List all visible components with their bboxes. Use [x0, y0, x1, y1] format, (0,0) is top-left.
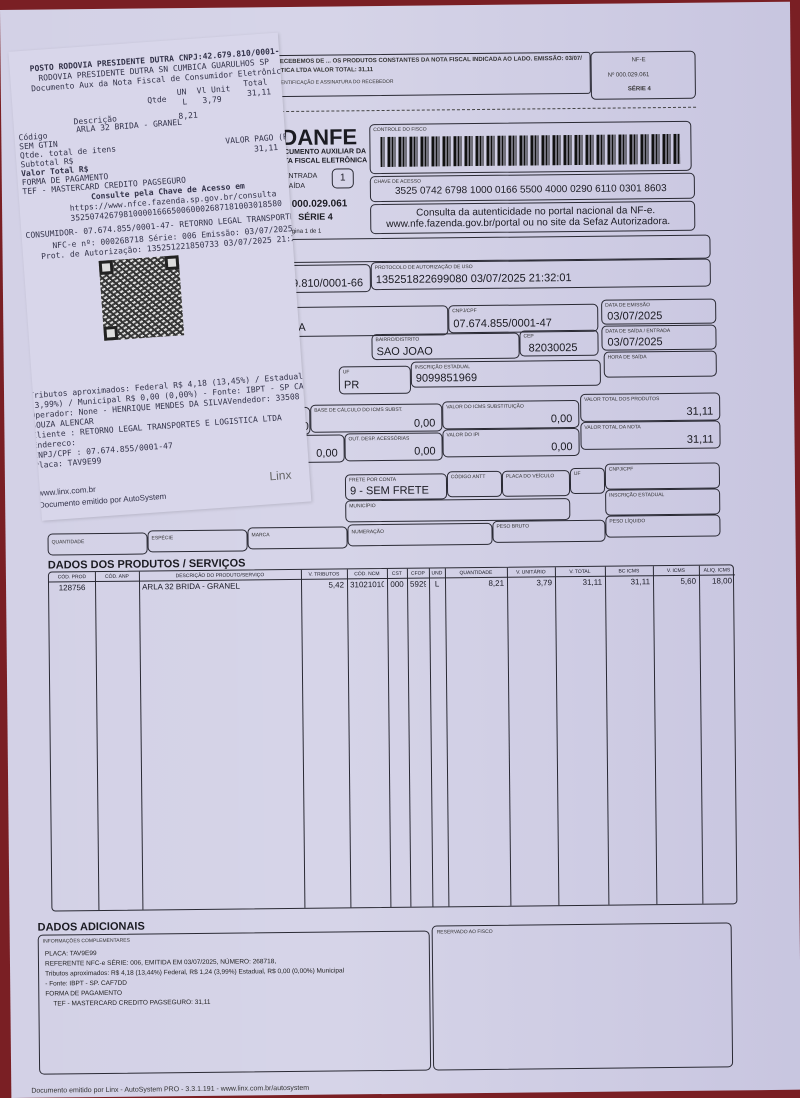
table-cell: 5,60: [656, 577, 696, 586]
exit-date: 03/07/2025: [607, 336, 662, 349]
recipient-cnpj-box: CNPJ/CPF 07.674.855/0001-47: [448, 304, 598, 334]
column-header: V. TOTAL: [555, 567, 605, 578]
qty-label: QUANTIDADE: [52, 539, 85, 545]
consult-text-2[interactable]: www.nfe.fazenda.gov.br/portal ou no site…: [386, 216, 670, 230]
stub-text-2: ...TICA LTDA VALOR TOTAL: 31,11: [276, 67, 374, 74]
cut-line: [271, 107, 696, 112]
danfe-sheet: RECEBEMOS DE ... OS PRODUTOS CONSTANTES …: [0, 2, 800, 1098]
freight-label: FRETE POR CONTA: [349, 477, 396, 483]
bc-st-box: BASE DE CÁLCULO DO ICMS SUBST. 0,00: [310, 403, 442, 432]
stub-nfe-number: Nº 000.029.061: [608, 72, 650, 78]
column-divider: [445, 568, 450, 906]
linx-logo: Linx: [269, 471, 292, 482]
ie: 9099851969: [416, 372, 477, 385]
total-products-label: VALOR TOTAL DOS PRODUTOS: [584, 396, 659, 403]
emission-date-box: DATA DE EMISSÃO 03/07/2025: [601, 299, 716, 325]
icms-st-box: VALOR DO ICMS SUBSTITUIÇÃO 0,00: [442, 400, 579, 429]
column-divider: [139, 572, 144, 910]
ipi: 0,00: [551, 441, 573, 453]
column-header: QUANTIDADE: [445, 568, 507, 579]
table-cell: 31021010: [350, 580, 384, 589]
district: SAO JOAO: [377, 345, 433, 358]
cep-label: CEP: [523, 333, 533, 339]
barcode: [380, 134, 680, 167]
uf: PR: [344, 379, 359, 391]
column-divider: [407, 569, 412, 907]
transport-uf-label: UF: [574, 471, 581, 477]
transport-ie-label: INSCRIÇÃO ESTADUAL: [609, 492, 664, 499]
column-header: V. UNITÁRIO: [507, 567, 555, 578]
column-header: CÓD. NCM: [347, 569, 387, 579]
col-qty: Qtde: [147, 95, 167, 106]
nfe-label: NF-e: [632, 57, 646, 63]
total-products: 31,11: [686, 406, 713, 418]
qr-code[interactable]: [99, 255, 185, 341]
protocol-label: PROTOCOLO DE AUTORIZAÇÃO DE USO: [375, 264, 473, 271]
brand-box: MARCA: [247, 526, 347, 549]
plate-label: PLACA DO VEÍCULO: [506, 473, 554, 480]
bc-st-label: BASE DE CÁLCULO DO ICMS SUBST.: [314, 407, 402, 414]
barcode-box: CONTROLE DO FISCO: [369, 121, 692, 174]
table-cell: 000: [390, 580, 404, 589]
transport-uf-box: UF: [570, 468, 605, 494]
total-note-label: VALOR TOTAL DA NOTA: [584, 424, 640, 431]
column-divider: [653, 566, 658, 904]
column-divider: [387, 569, 392, 907]
recipient-name-box: LTDA: [273, 305, 448, 337]
table-cell: 31,11: [608, 577, 650, 586]
exit-time-box: HORA DE SAÍDA: [604, 351, 717, 378]
uf-label: UF: [343, 369, 350, 375]
transport-cnpj-box: CNPJ/CPF: [605, 462, 720, 489]
column-divider: [507, 568, 512, 906]
transport-ie-box: INSCRIÇÃO ESTADUAL: [605, 488, 720, 515]
species-box: ESPÉCIE: [147, 529, 247, 552]
table-cell: 5,42: [304, 580, 344, 589]
other-box: OUT. DESP. ACESSÓRIAS 0,00: [344, 432, 442, 461]
column-header: BC ICMS: [605, 566, 653, 577]
stub-box: RECEBEMOS DE ... OS PRODUTOS CONSTANTES …: [270, 52, 590, 97]
qty-box: QUANTIDADE: [47, 532, 147, 555]
column-divider: [555, 567, 560, 905]
emission-date: 03/07/2025: [607, 310, 662, 323]
ie-box: INSCRIÇÃO ESTADUAL 9099851969: [411, 360, 601, 388]
city-box: MUNICÍPIO: [345, 498, 570, 522]
column-divider: [429, 569, 434, 907]
ie-label: INSCRIÇÃO ESTADUAL: [415, 364, 470, 371]
exit-date-box: DATA DE SAÍDA / ENTRADA 03/07/2025: [601, 325, 716, 351]
footer-text: Documento emitido por Linx - AutoSystem …: [31, 1085, 309, 1095]
gross-label: PESO BRUTO: [496, 523, 529, 529]
district-label: BAIRRO/DISTRITO: [375, 337, 419, 343]
total-note: 31,11: [687, 434, 714, 446]
uf-box: UF PR: [339, 366, 411, 395]
other-label: OUT. DESP. ACESSÓRIAS: [348, 436, 409, 443]
danfe-subtitle-1: DOCUMENTO AUXILIAR DA: [273, 148, 366, 156]
total-products-box: VALOR TOTAL DOS PRODUTOS 31,11: [580, 392, 720, 421]
species-label: ESPÉCIE: [152, 535, 174, 541]
column-header: DESCRIÇÃO DO PRODUTO/SERVIÇO: [139, 570, 301, 582]
protocol-box: PROTOCOLO DE AUTORIZAÇÃO DE USO 13525182…: [371, 259, 711, 291]
icms-st-label: VALOR DO ICMS SUBSTITUIÇÃO: [446, 404, 524, 411]
item-total: 31,11: [247, 87, 272, 98]
column-header: UND: [429, 568, 445, 578]
freight-box: FRETE POR CONTA 9 - SEM FRETE: [345, 473, 447, 500]
item-vl-unit: 3,79: [202, 95, 222, 106]
column-header: CFOP: [407, 569, 429, 579]
table-cell: ARLA 32 BRIDA - GRANEL: [142, 581, 298, 592]
discount: 0,00: [316, 447, 338, 459]
other: 0,00: [414, 445, 436, 457]
column-header: CÓD. PROD: [49, 572, 95, 582]
column-divider: [699, 566, 704, 904]
time-label: HORA DE SAÍDA: [608, 354, 647, 360]
item-un: L: [182, 97, 187, 107]
table-cell: 5929: [410, 580, 426, 589]
table-cell: 3,79: [510, 578, 552, 587]
cep: 82030025: [529, 342, 578, 355]
cep-box: CEP 82030025: [519, 330, 598, 357]
total-note-box: VALOR TOTAL DA NOTA 31,11: [580, 420, 720, 449]
brand-label: MARCA: [251, 532, 269, 538]
recipient-cnpj: 07.674.855/0001-47: [453, 317, 552, 330]
table-cell: 128756: [52, 583, 92, 592]
column-header: CÓD. ANP: [95, 572, 139, 582]
column-divider: [95, 572, 100, 910]
antt-label: CÓDIGO ANTT: [451, 474, 486, 480]
freight: 9 - SEM FRETE: [350, 485, 429, 498]
district-box: BAIRRO/DISTRITO SAO JOAO: [371, 333, 519, 361]
net-box: PESO LÍQUIDO: [605, 514, 720, 537]
cnpj-label: CNPJ/CPF: [452, 308, 477, 314]
stub-nfe-series: SÉRIE 4: [628, 86, 651, 92]
column-divider: [301, 570, 306, 908]
stub-nfe-box: NF-e Nº 000.029.061 SÉRIE 4: [590, 51, 695, 100]
access-key-label: CHAVE DE ACESSO: [374, 179, 421, 185]
products-table: CÓD. PROD128756CÓD. ANPDESCRIÇÃO DO PROD…: [48, 564, 738, 911]
net-label: PESO LÍQUIDO: [609, 518, 645, 524]
protocol: 135251822699080 03/07/2025 21:32:01: [376, 272, 572, 286]
emission-label: DATA DE EMISSÃO: [605, 302, 650, 308]
transport-cnpj-label: CNPJ/CPF: [609, 466, 634, 472]
additional-info-box: INFORMAÇÕES COMPLEMENTARES PLACA: TAV9E9…: [38, 931, 431, 1075]
item-qty: 8,21: [178, 111, 198, 122]
bc-st: 0,00: [414, 417, 436, 429]
stub-text: RECEBEMOS DE ... OS PRODUTOS CONSTANTES …: [276, 56, 582, 65]
danfe-subtitle-2: NOTA FISCAL ELETRÔNICA: [274, 157, 368, 165]
table-cell: 8,21: [448, 579, 504, 589]
ipi-label: VALOR DO IPI: [446, 432, 479, 438]
col-un: UN: [176, 87, 186, 97]
exit-label: DATA DE SAÍDA / ENTRADA: [605, 328, 670, 335]
col-vl-unit: Vl Unit: [196, 84, 230, 96]
plate-box: PLACA DO VEÍCULO: [502, 470, 570, 497]
danfe-series: SÉRIE 4: [298, 212, 333, 222]
city-label: MUNICÍPIO: [349, 503, 375, 509]
receiver-label: IDENTIFICAÇÃO E ASSINATURA DO RECEBEDOR: [276, 79, 394, 86]
access-key-box: CHAVE DE ACESSO 3525 0742 6798 1000 0166…: [370, 173, 695, 202]
column-divider: [605, 567, 610, 905]
additional-info-label: INFORMAÇÕES COMPLEMENTARES: [43, 938, 130, 945]
nfce-receipt: POSTO RODOVIA PRESIDENTE DUTRA CNPJ:42.6…: [8, 33, 311, 521]
additional-title: DADOS ADICIONAIS: [38, 921, 145, 934]
barcode-label: CONTROLE DO FISCO: [373, 127, 426, 134]
numbering-box: NUMERAÇÃO: [347, 523, 492, 547]
fisco-label: RESERVADO AO FISCO: [437, 929, 493, 936]
table-cell: L: [432, 579, 442, 588]
table-cell: 31,11: [558, 578, 602, 587]
table-cell: 18,00: [702, 576, 732, 585]
access-key: 3525 0742 6798 1000 0166 5500 4000 0290 …: [395, 183, 667, 197]
column-header: V. ICMS: [653, 566, 699, 576]
operation-type: 1: [332, 168, 354, 188]
column-header: V. TRIBUTOS: [301, 569, 347, 579]
icms-st: 0,00: [551, 413, 573, 425]
column-header: CST: [387, 569, 407, 579]
numbering-label: NUMERAÇÃO: [351, 529, 384, 535]
column-divider: [347, 569, 352, 907]
antt-box: CÓDIGO ANTT: [447, 471, 502, 498]
consult-box: Consulta da autenticidade no portal naci…: [370, 201, 695, 234]
column-header: ALIQ. ICMS: [699, 565, 735, 575]
ipi-box: VALOR DO IPI 0,00: [442, 428, 579, 457]
fisco-box: RESERVADO AO FISCO: [432, 922, 734, 1070]
paid: 31,11: [254, 143, 279, 154]
gross-box: PESO BRUTO: [492, 520, 605, 543]
additional-info-line: TEF - MASTERCARD CREDITO PAGSEGURO: 31,1…: [45, 996, 344, 1009]
danfe-title: DANFE: [281, 124, 357, 151]
